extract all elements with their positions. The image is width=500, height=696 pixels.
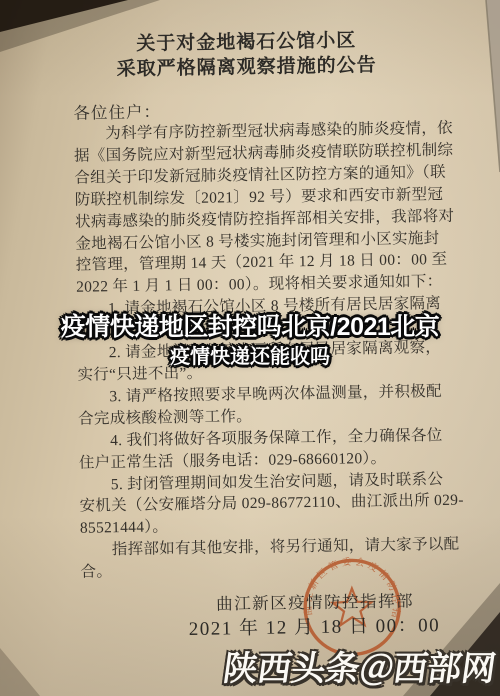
overlay-caption: 疫情快递地区封控吗北京/2021北京 疫情快递还能收吗 <box>0 311 500 370</box>
notice-photo: 关于对金地褐石公馆小区 采取严格隔离观察措施的公告 各位住户： 为科学有序防控新… <box>0 0 500 696</box>
issue-date: 2021 年 12 月 18 日 00：00 <box>123 609 500 642</box>
caption-line-1: 疫情快递地区封控吗北京/2021北京 <box>0 311 500 344</box>
watermark: 陕西头条＠西部网 <box>221 641 500 690</box>
caption-line-2: 疫情快递还能收吗 <box>0 344 500 370</box>
notice-title: 关于对金地褐石公馆小区 采取严格隔离观察措施的公告 <box>0 26 497 84</box>
salutation: 各位住户： <box>73 98 161 123</box>
